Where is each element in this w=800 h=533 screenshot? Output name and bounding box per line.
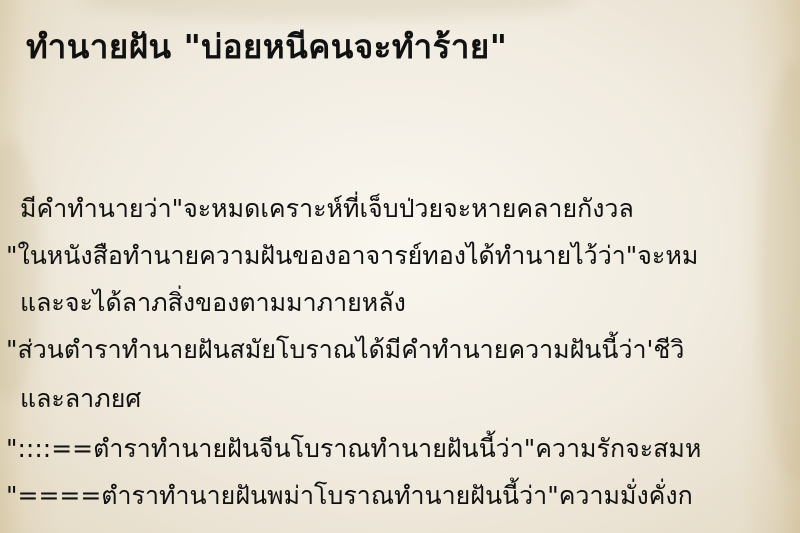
body-line: "ในหนังสือทำนายความฝันของอาจารย์ทองได้ทำ…: [6, 241, 698, 271]
body-line: มีคำทำนายว่า"จะหมดเคราะห์ที่เจ็บป่วยจะหา…: [20, 194, 634, 224]
body-line: และจะได้ลาภสิ่งของตามมาภายหลัง: [20, 288, 406, 318]
body-line: "::::==ตำราทำนายฝันจีนโบราณทำนายฝันนี้ว่…: [6, 434, 701, 464]
body-line: และลาภยศ: [20, 384, 141, 414]
page-title: ทำนายฝัน "บ่อยหนีคนจะทำร้าย": [26, 20, 507, 73]
body-line: "====ตำราทำนายฝันพม่าโบราณทำนายฝันนี้ว่า…: [6, 481, 693, 511]
body-line: "ส่วนตำราทำนายฝันสมัยโบราณได้มีคำทำนายคว…: [6, 335, 684, 365]
